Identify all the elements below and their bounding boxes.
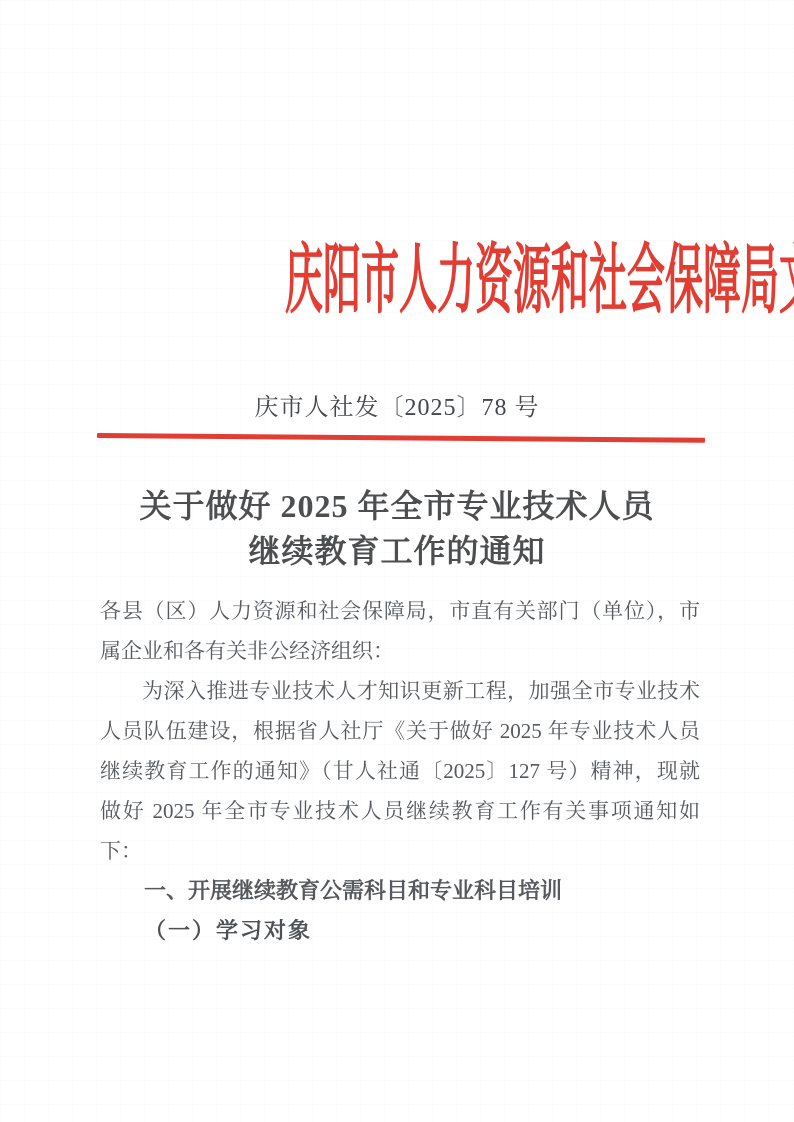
issuing-org-title: 庆阳市人力资源和社会保障局文件 [285, 243, 794, 319]
document-header: 庆阳市人力资源和社会保障局文件 [0, 243, 794, 340]
subsection-heading-1: （一）学习对象 [100, 911, 700, 951]
document-title-line-2: 继续教育工作的通知 [0, 529, 794, 574]
section-heading-1: 一、开展继续教育公需科目和专业科目培训 [100, 871, 700, 911]
document-title-line-1: 关于做好 2025 年全市专业技术人员 [0, 484, 794, 529]
paragraph-line-2: 人员队伍建设，根据省人社厅《关于做好 2025 年专业技术人员 [100, 711, 700, 751]
salutation-line-1: 各县（区）人力资源和社会保障局，市直有关部门（单位），市 [100, 591, 700, 631]
document-title: 关于做好 2025 年全市专业技术人员 继续教育工作的通知 [0, 484, 794, 574]
salutation-line-2: 属企业和各有关非公经济组织： [100, 631, 700, 671]
scanned-document-page: 庆阳市人力资源和社会保障局文件 庆市人社发〔2025〕78 号 关于做好 202… [0, 0, 794, 1122]
paragraph-line-3: 继续教育工作的通知》（甘人社通〔2025〕127 号）精神，现就 [100, 751, 700, 791]
paragraph-line-4: 做好 2025 年全市专业技术人员继续教育工作有关事项通知如 [100, 791, 700, 831]
document-reference-number: 庆市人社发〔2025〕78 号 [0, 393, 794, 423]
paragraph-line-5: 下： [100, 831, 700, 871]
document-body: 各县（区）人力资源和社会保障局，市直有关部门（单位），市 属企业和各有关非公经济… [100, 591, 700, 951]
paragraph-line-1: 为深入推进专业技术人才知识更新工程，加强全市专业技术 [100, 671, 700, 711]
red-divider-line [97, 433, 705, 443]
